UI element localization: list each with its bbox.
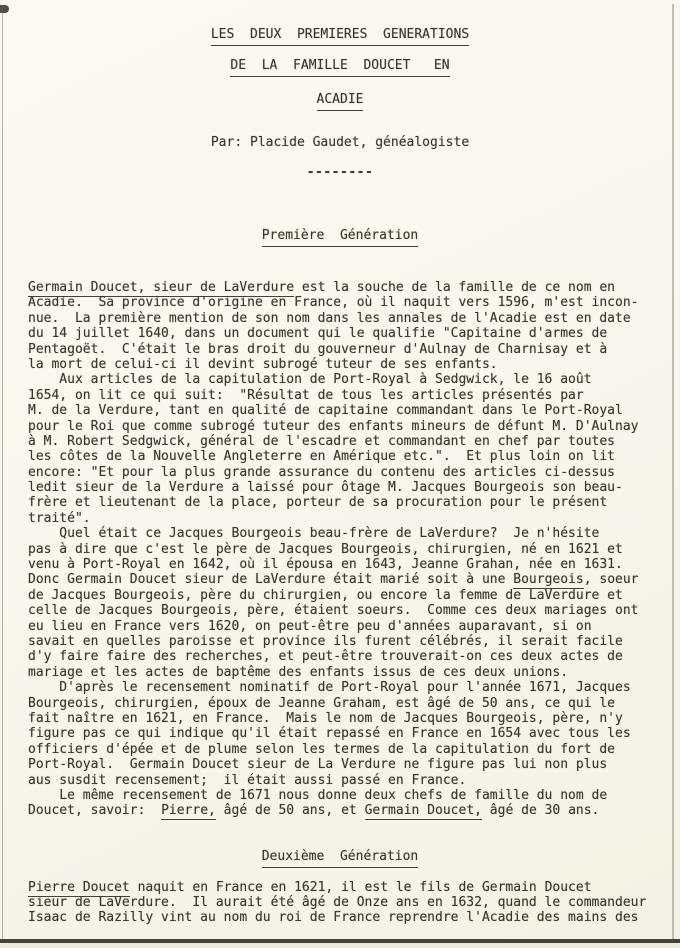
text-line: encore: "Et pour la plus grande assuranc… [28, 465, 680, 480]
document-title-line: DE LA FAMILLE DOUCET EN [0, 57, 680, 74]
text-line: celle de Jacques Bourgeois, père, étaien… [28, 603, 680, 618]
text-line: Bourgeois, chirurgien, époux de Jeanne G… [28, 696, 680, 711]
text-segment: âgé de 50 ans, et [216, 803, 365, 818]
scan-edge-right [672, 4, 674, 940]
section-2: Deuxième GénérationPierre Doucet naquit … [0, 848, 680, 926]
divider-dashes: -------- [0, 164, 680, 181]
text-line: Aux articles de la capitulation de Port-… [28, 372, 680, 387]
text-line: sieur de LaVerdure. Il aurait été âgé de… [28, 895, 680, 910]
text-line: Pentagoët. C'était le bras droit du gouv… [28, 342, 680, 357]
text-line: la mort de celui-ci il devint subrogé tu… [28, 357, 680, 372]
text-segment: pas à dire que c'est le père de Jacques … [28, 542, 623, 557]
section-1: Première GénérationGermain Doucet, sieur… [0, 227, 680, 819]
text-segment: fait naître en 1621, en France. Mais le … [28, 711, 623, 726]
text-line: les côtes de la Nouvelle Angleterre en A… [28, 449, 680, 464]
text-line: nue. La première mention de son nom dans… [28, 311, 680, 326]
text-line: M. de la Verdure, tant en qualité de cap… [28, 403, 680, 418]
text-line: officiers d'épée et de plume selon les t… [28, 742, 680, 757]
text-line: savait en quelles paroisse et province i… [28, 634, 680, 649]
text-line: à M. Robert Sedgwick, général de l'escad… [28, 434, 680, 449]
text-segment: sieur de LaVerdure. Il aurait été âgé de… [28, 895, 646, 910]
text-segment: pour le Roi que comme subrogé tuteur des… [28, 419, 638, 434]
text-segment: Port-Royal. Germain Doucet sieur de La V… [28, 757, 607, 772]
text-segment: D'après le recensement nominatif de Port… [28, 680, 631, 695]
text-line: pas à dire que c'est le père de Jacques … [28, 542, 680, 557]
text-segment: est la souche de la famille de ce nom en [294, 280, 615, 295]
section-heading: Deuxième Génération [0, 848, 680, 865]
text-line: Port-Royal. Germain Doucet sieur de La V… [28, 757, 680, 772]
text-segment: Pentagoët. C'était le bras droit du gouv… [28, 342, 607, 357]
text-segment: aus susdit recensement; il était aussi p… [28, 773, 466, 788]
text-line: ledit sieur de la Verdure a laissé pour … [28, 480, 680, 495]
text-line: du 14 juillet 1640, dans un document qui… [28, 326, 680, 341]
text-line: aus susdit recensement; il était aussi p… [28, 773, 680, 788]
text-segment: figure pas ce qui indique qu'il était re… [28, 726, 631, 741]
body-text: Germain Doucet, sieur de LaVerdure est l… [0, 280, 680, 819]
text-segment: ledit sieur de la Verdure a laissé pour … [28, 480, 623, 495]
text-segment: de Jacques Bourgeois, père du chirurgien… [28, 588, 623, 603]
text-segment: nue. La première mention de son nom dans… [28, 311, 631, 326]
text-segment: naquit en France en 1621, il est le fils… [130, 880, 592, 895]
text-segment: eu lieu en France vers 1620, on peut-êtr… [28, 619, 592, 634]
text-line: figure pas ce qui indique qu'il était re… [28, 726, 680, 741]
text-segment: Le même recensement de 1671 nous donne d… [28, 788, 607, 803]
text-segment: Acadie. Sa province d'origine en France,… [28, 295, 638, 310]
text-segment: Donc Germain Doucet sieur de LaVerdure é… [28, 572, 513, 587]
text-segment: encore: "Et pour la plus grande assuranc… [28, 465, 615, 480]
text-line: Pierre Doucet naquit en France en 1621, … [28, 880, 680, 895]
text-segment: âgé de 30 ans. [482, 803, 599, 818]
section-heading-text: Première Génération [262, 228, 419, 247]
text-line: Le même recensement de 1671 nous donne d… [28, 788, 680, 803]
scan-edge-left [2, 6, 3, 940]
text-segment: d'y faire faire des recherches, et peut-… [28, 649, 623, 664]
sections: Première GénérationGermain Doucet, sieur… [0, 227, 680, 926]
title-block: LES DEUX PREMIERES GENERATIONSDE LA FAMI… [0, 26, 680, 108]
text-line: Donc Germain Doucet sieur de LaVerdure é… [28, 572, 680, 587]
text-segment: 1654, on lit ce qui suit: "Résultat de t… [28, 388, 584, 403]
text-segment: venu à Port-Royal en 1642, où il épousa … [28, 557, 623, 572]
text-line: fait naître en 1621, en France. Mais le … [28, 711, 680, 726]
section-heading-text: Deuxième Génération [262, 849, 419, 868]
text-segment: M. de la Verdure, tant en qualité de cap… [28, 403, 623, 418]
text-line: d'y faire faire des recherches, et peut-… [28, 649, 680, 664]
title-text: LES DEUX PREMIERES GENERATIONS [211, 27, 469, 46]
title-text: ACADIE [317, 92, 364, 111]
document-page: LES DEUX PREMIERES GENERATIONSDE LA FAMI… [0, 0, 680, 948]
body-text: Pierre Doucet naquit en France en 1621, … [0, 880, 680, 926]
underlined-name: Pierre, [161, 803, 216, 820]
text-line: Doucet, savoir: Pierre, âgé de 50 ans, e… [28, 803, 680, 818]
text-line: Acadie. Sa province d'origine en France,… [28, 295, 680, 310]
text-line: frère et lieutenant de la place, porteur… [28, 495, 680, 510]
title-text: DE LA FAMILLE DOUCET EN [230, 58, 449, 77]
text-line: Isaac de Razilly vint au nom du roi de F… [28, 910, 680, 925]
text-line: de Jacques Bourgeois, père du chirurgien… [28, 588, 680, 603]
text-line: venu à Port-Royal en 1642, où il épousa … [28, 557, 680, 572]
document-title-line: LES DEUX PREMIERES GENERATIONS [0, 26, 680, 43]
text-segment: frère et lieutenant de la place, porteur… [28, 495, 607, 510]
text-segment: , soeur [584, 572, 639, 587]
text-segment: les côtes de la Nouvelle Angleterre en A… [28, 449, 615, 464]
text-segment: celle de Jacques Bourgeois, père, étaien… [28, 603, 638, 618]
text-segment: traité". [28, 511, 91, 526]
section-heading: Première Génération [0, 227, 680, 244]
text-segment: Bourgeois, chirurgien, époux de Jeanne G… [28, 696, 615, 711]
text-line: D'après le recensement nominatif de Port… [28, 680, 680, 695]
text-segment: la mort de celui-ci il devint subrogé tu… [28, 357, 498, 372]
text-line: traité". [28, 511, 680, 526]
byline: Par: Placide Gaudet, généalogiste [0, 134, 680, 151]
text-segment: mariage et les actes de baptême des enfa… [28, 665, 568, 680]
text-segment: Quel était ce Jacques Bourgeois beau-frè… [28, 526, 599, 541]
text-line: pour le Roi que comme subrogé tuteur des… [28, 419, 680, 434]
scan-margin-bottom [0, 943, 680, 948]
text-segment: Isaac de Razilly vint au nom du roi de F… [28, 910, 638, 925]
text-segment: savait en quelles paroisse et province i… [28, 634, 623, 649]
text-line: Germain Doucet, sieur de LaVerdure est l… [28, 280, 680, 295]
text-segment: Doucet, savoir: [28, 803, 161, 818]
text-line: mariage et les actes de baptême des enfa… [28, 665, 680, 680]
text-segment: à M. Robert Sedgwick, général de l'escad… [28, 434, 615, 449]
text-segment: du 14 juillet 1640, dans un document qui… [28, 326, 607, 341]
text-segment: officiers d'épée et de plume selon les t… [28, 742, 615, 757]
document-title-line: ACADIE [0, 91, 680, 108]
text-line: Quel était ce Jacques Bourgeois beau-frè… [28, 526, 680, 541]
text-line: 1654, on lit ce qui suit: "Résultat de t… [28, 388, 680, 403]
text-segment: Aux articles de la capitulation de Port-… [28, 372, 592, 387]
text-line: eu lieu en France vers 1620, on peut-êtr… [28, 619, 680, 634]
underlined-name: Germain Doucet, [365, 803, 482, 820]
